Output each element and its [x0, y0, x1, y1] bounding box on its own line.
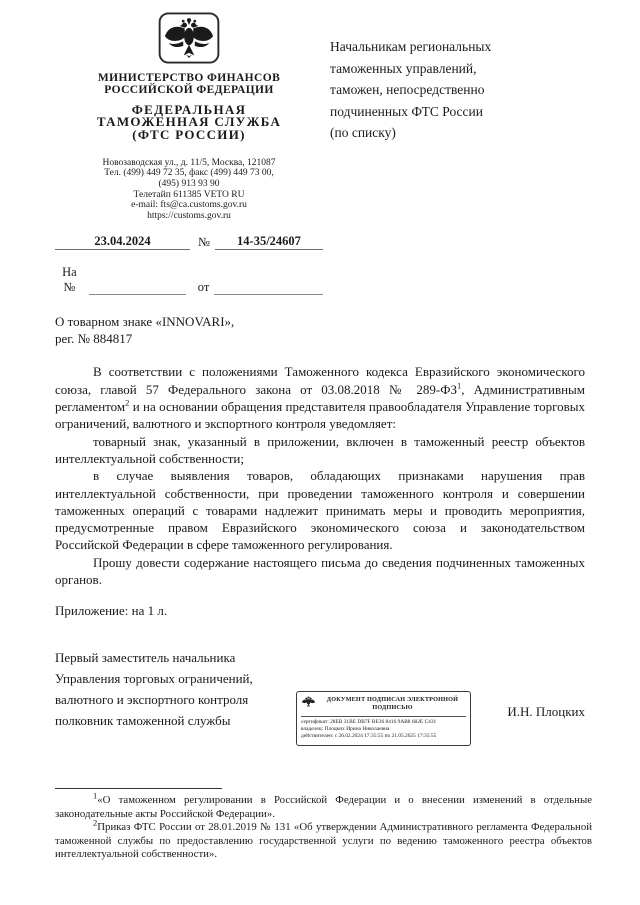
signer-title-line: Управления торговых ограничений,: [55, 668, 327, 689]
official-letter-page: МИНИСТЕРСТВО ФИНАНСОВ РОССИЙСКОЙ ФЕДЕРАЦ…: [0, 0, 640, 905]
footnote-2: 2Приказ ФТС России от 28.01.2019 № 131 «…: [55, 821, 592, 862]
subject-block: О товарном знаке «INNOVARI», рег. № 8848…: [55, 314, 585, 347]
attachment-note: Приложение: на 1 л.: [55, 602, 585, 619]
stamp-header: ДОКУМЕНТ ПОДПИСАН ЭЛЕКТРОННОЙ ПОДПИСЬЮ: [301, 695, 466, 713]
signer-title-line: Первый заместитель начальника: [55, 647, 327, 668]
stamp-validity: действителен: с 26.02.2024 17:35:55 по 2…: [301, 733, 466, 740]
number-sign: №: [198, 235, 210, 250]
footnote-1: 1«О таможенном регулировании в Российско…: [55, 794, 592, 821]
website-line: https://customs.gov.ru: [55, 211, 323, 222]
subject-line-2: рег. № 884817: [55, 331, 585, 348]
reference-row: 23.04.2024 № 14-35/24607: [55, 234, 323, 250]
reply-from-label: от: [198, 280, 210, 295]
reply-prefix-label: На №: [55, 265, 84, 295]
body-paragraph-trademark-registered: товарный знак, указанный в приложении, в…: [55, 433, 585, 468]
stamp-details: сертификат: 28EB 31BE DB7F BE36 8416 9AB…: [301, 719, 466, 740]
agency-line-3: (ФТС РОССИИ): [55, 129, 323, 141]
ministry-line-2: РОССИЙСКОЙ ФЕДЕРАЦИИ: [55, 84, 323, 96]
stamp-title: ДОКУМЕНТ ПОДПИСАН ЭЛЕКТРОННОЙ ПОДПИСЬЮ: [319, 696, 466, 711]
signer-name: И.Н. Плоцких: [507, 704, 585, 720]
body-paragraph-request: Прошу довести содержание настоящего пись…: [55, 554, 585, 589]
addressee-line: подчиненных ФТС России: [330, 101, 491, 123]
phone-line-1: Тел. (499) 449 72 35, факс (499) 449 73 …: [55, 168, 323, 179]
addressee-line: таможенных управлений,: [330, 58, 491, 80]
para1-text: и на основании обращения представителя п…: [55, 399, 585, 431]
footnote-1-text: «О таможенном регулировании в Российской…: [55, 794, 592, 820]
signer-title-line: полковник таможенной службы: [55, 710, 327, 731]
signature-block: Первый заместитель начальника Управления…: [55, 647, 585, 748]
email-line: e-mail: fts@ca.customs.gov.ru: [55, 200, 323, 211]
letter-header: МИНИСТЕРСТВО ФИНАНСОВ РОССИЙСКОЙ ФЕДЕРАЦ…: [55, 12, 585, 295]
body-paragraph-legal-basis: В соответствии с положениями Таможенного…: [55, 363, 585, 432]
footnote-divider: [55, 788, 222, 789]
ministry-name: МИНИСТЕРСТВО ФИНАНСОВ РОССИЙСКОЙ ФЕДЕРАЦ…: [55, 72, 323, 96]
addressee-block: Начальникам региональных таможенных упра…: [330, 12, 491, 295]
stamp-title-line-1: ДОКУМЕНТ ПОДПИСАН ЭЛЕКТРОННОЙ: [327, 696, 458, 703]
addressee-line: таможен, непосредственно: [330, 79, 491, 101]
subject-line-1: О товарном знаке «INNOVARI»,: [55, 314, 585, 331]
stamp-title-line-2: ПОДПИСЬЮ: [372, 704, 412, 711]
letterhead-block: МИНИСТЕРСТВО ФИНАНСОВ РОССИЙСКОЙ ФЕДЕРАЦ…: [55, 12, 323, 295]
footnotes-block: 1«О таможенном регулировании в Российско…: [55, 788, 592, 862]
signer-title: Первый заместитель начальника Управления…: [55, 647, 327, 731]
addressee-line: Начальникам региональных: [330, 36, 491, 58]
electronic-signature-stamp: ДОКУМЕНТ ПОДПИСАН ЭЛЕКТРОННОЙ ПОДПИСЬЮ с…: [296, 691, 471, 746]
eagle-seal-icon: [301, 695, 316, 713]
phone-line-2: (495) 913 93 90: [55, 179, 323, 190]
addressee-line: (по списку): [330, 122, 491, 144]
ministry-line-1: МИНИСТЕРСТВО ФИНАНСОВ: [55, 72, 323, 84]
reply-number-blank: [89, 281, 186, 295]
teletype-line: Телетайп 611385 VETO RU: [55, 190, 323, 201]
signer-title-line: валютного и экспортного контроля: [55, 689, 327, 710]
contact-block: Новозаводская ул., д. 11/5, Москва, 1210…: [55, 158, 323, 222]
letter-body: В соответствии с положениями Таможенного…: [55, 363, 585, 619]
reply-date-blank: [214, 281, 323, 295]
russian-double-headed-eagle-icon: [158, 12, 220, 69]
stamp-divider: [301, 716, 466, 717]
agency-name: ФЕДЕРАЛЬНАЯ ТАМОЖЕННАЯ СЛУЖБА (ФТС РОССИ…: [55, 104, 323, 141]
footnote-2-text: Приказ ФТС России от 28.01.2019 № 131 «О…: [55, 821, 592, 860]
letter-date: 23.04.2024: [55, 234, 190, 250]
letter-number: 14-35/24607: [215, 234, 323, 250]
body-paragraph-measures: в случае выявления товаров, обладающих п…: [55, 467, 585, 553]
reply-reference-row: На № от: [55, 265, 323, 295]
postal-address: Новозаводская ул., д. 11/5, Москва, 1210…: [55, 158, 323, 169]
stamp-certificate: сертификат: 28EB 31BE DB7F BE36 8416 9AB…: [301, 719, 466, 726]
